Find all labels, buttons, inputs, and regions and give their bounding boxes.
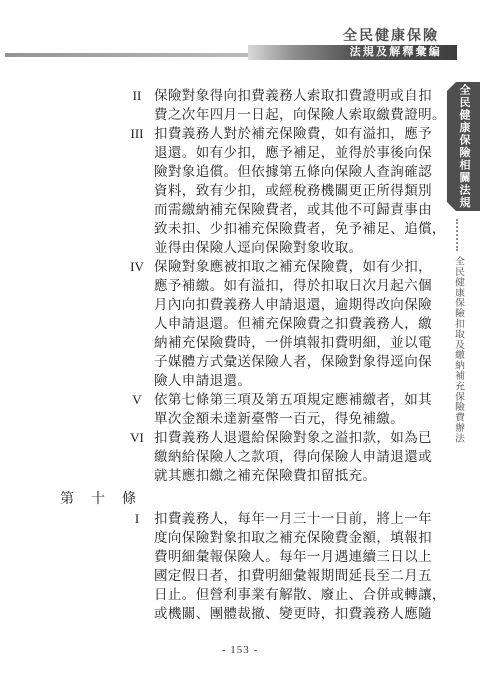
item-numeral: I [120, 509, 154, 528]
document-page: 全民健康保險 法規及解釋彙編 全民健康保險相關法規 全民健康保險扣取及繳納補充保… [0, 0, 480, 681]
text-line: 險人申請退還。 [154, 371, 432, 390]
text-line: 或機關、團體裁撤、變更時，扣費義務人應隨 [154, 604, 446, 623]
header-band: 法規及解釋彙編 [248, 45, 457, 60]
text-line: 扣費義務人退還給保險對象之溢扣款，如為已 [154, 428, 432, 447]
text-line: 扣費義務人，每年一月三十一日前，將上一年 [154, 509, 446, 528]
item-numeral: V [120, 390, 154, 409]
item-numeral: VI [120, 428, 154, 447]
item-numeral: IV [120, 257, 154, 276]
list-item: I 扣費義務人，每年一月三十一日前，將上一年 度向保險對象扣取之補充保險費金額，… [0, 509, 480, 623]
text-line: 致未扣、少扣補充保險費者，免予補足、追償， [154, 219, 446, 238]
article-heading: 第十條 [60, 490, 480, 509]
text-line: 費明細彙報保險人。每年一月遇連續三日以上 [154, 547, 446, 566]
list-item: V 依第七條第三項及第五項規定應補繳者，如其 單次金額未達新臺幣一百元，得免補繳… [0, 390, 480, 428]
text-line: 險對象追償。但依據第五條向保險人查詢確認 [154, 162, 446, 181]
text-line: 度向保險對象扣取之補充保險費金額，填報扣 [154, 528, 446, 547]
list-item: III 扣費義務人對於補充保險費，如有溢扣，應予 退還。如有少扣，應予補足，並得… [0, 124, 480, 257]
text-line: 保險對象應被扣取之補充保險費，如有少扣， [154, 257, 432, 276]
header-band-label: 法規及解釋彙編 [350, 47, 442, 58]
text-line: 資料，致有少扣，或經稅務機關更正所得類別 [154, 181, 446, 200]
list-item: IV 保險對象應被扣取之補充保險費，如有少扣， 應予補繳。如有溢扣，得於扣取日次… [0, 257, 480, 390]
page-title: 全民健康保險 [343, 25, 439, 45]
text-line: 月內向扣費義務人申請退還，逾期得改向保險 [154, 295, 432, 314]
text-line: 並得由保險人逕向保險對象收取。 [154, 238, 446, 257]
item-numeral: II [120, 86, 154, 105]
list-item: II 保險對象得向扣費義務人索取扣費證明或自扣 費之次年四月一日起，向保險人索取… [0, 86, 480, 124]
text-line: 依第七條第三項及第五項規定應補繳者，如其 [154, 390, 432, 409]
body-content: II 保險對象得向扣費義務人索取扣費證明或自扣 費之次年四月一日起，向保險人索取… [0, 86, 480, 623]
text-line: 子媒體方式彙送保險人者，保險對象得逕向保 [154, 352, 432, 371]
text-line: 納補充保險費時，一併填報扣費明細，並以電 [154, 333, 432, 352]
page-number: - 153 - [0, 644, 480, 656]
text-line: 繳納給保險人之款項，得向保險人申請退還或 [154, 447, 432, 466]
text-line: 費之次年四月一日起，向保險人索取繳費證明。 [154, 105, 446, 124]
text-line: 日止。但營利事業有解散、廢止、合併或轉讓， [154, 585, 446, 604]
text-line: 保險對象得向扣費義務人索取扣費證明或自扣 [154, 86, 446, 105]
item-numeral: III [120, 124, 154, 143]
list-item: VI 扣費義務人退還給保險對象之溢扣款，如為已 繳納給保險人之款項，得向保險人申… [0, 428, 480, 485]
text-line: 單次金額未達新臺幣一百元，得免補繳。 [154, 409, 432, 428]
text-line: 扣費義務人對於補充保險費，如有溢扣，應予 [154, 124, 446, 143]
text-line: 人申請退還。但補充保險費之扣費義務人，繳 [154, 314, 432, 333]
text-line: 退還。如有少扣，應予補足，並得於事後向保 [154, 143, 446, 162]
header-rule [5, 53, 260, 57]
text-line: 國定假日者，扣費明細彙報期間延長至二月五 [154, 566, 446, 585]
text-line: 而需繳納補充保險費者，或其他不可歸責事由 [154, 200, 446, 219]
text-line: 應予補繳。如有溢扣，得於扣取日次月起六個 [154, 276, 432, 295]
text-line: 就其應扣繳之補充保險費扣留抵充。 [154, 466, 432, 485]
